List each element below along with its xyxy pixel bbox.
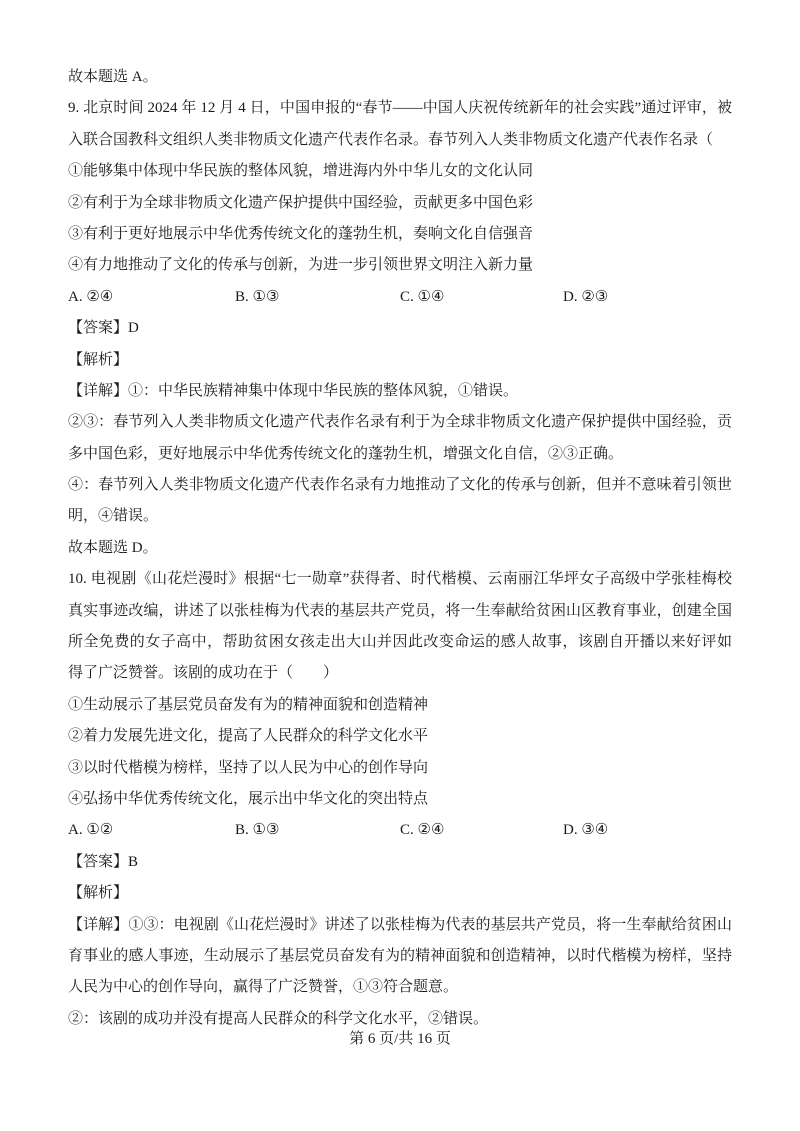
exam-document-page: 故本题选 A。9. 北京时间 2024 年 12 月 4 日，中国申报的“春节—… — [0, 0, 800, 1131]
q10-statement-2: ②着力发展先进文化，提高了人民群众的科学文化水平 — [68, 721, 732, 752]
q10-statement-1: ①生动展示了基层党员奋发有为的精神面貌和创造精神 — [68, 690, 732, 721]
q9-detail-line-4: ④：春节列入人类非物质文化遗产代表作名录有力地推动了文化的传承与创新，但并不意味… — [68, 470, 732, 501]
q10-stem-line-4: 得了广泛赞誉。该剧的成功在于（ ） — [68, 658, 732, 689]
q9-statement-3: ③有利于更好地展示中华优秀传统文化的蓬勃生机，奏响文化自信强音 — [68, 219, 732, 250]
q10-options-a: A. ①② — [68, 815, 113, 846]
q9-detail-line-5: 明，④错误。 — [68, 501, 732, 532]
q9-statement-1: ①能够集中体现中华民族的整体风貌，增进海内外中华儿女的文化认同 — [68, 156, 732, 187]
q10-stem-line-3: 所全免费的女子高中，帮助贫困女孩走出大山并因此改变命运的感人故事，该剧自开播以来… — [68, 627, 732, 658]
q9-options-a: A. ②④ — [68, 282, 113, 313]
q10-analysis-label: 【解析】 — [68, 878, 732, 909]
q9-answer: 【答案】D — [68, 313, 732, 344]
q9-analysis-label: 【解析】 — [68, 345, 732, 376]
q10-stem-line-1: 10. 电视剧《山花烂漫时》根据“七一勋章”获得者、时代楷模、云南丽江华坪女子高… — [68, 564, 732, 595]
q9-detail-line-2: ②③：春节列入人类非物质文化遗产代表作名录有利于为全球非物质文化遗产保护提供中国… — [68, 407, 732, 438]
q9-conclusion: 故本题选 D。 — [68, 533, 732, 564]
q9-statement-2: ②有利于为全球非物质文化遗产保护提供中国经验，贡献更多中国色彩 — [68, 188, 732, 219]
q10-statement-4: ④弘扬中华优秀传统文化，展示出中华文化的突出特点 — [68, 784, 732, 815]
q9-options-c: C. ①④ — [400, 282, 444, 313]
q9-options-b: B. ①③ — [235, 282, 279, 313]
q9-detail-line-3: 多中国色彩，更好地展示中华优秀传统文化的蓬勃生机，增强文化自信，②③正确。 — [68, 439, 732, 470]
q10-detail-line-2: 育事业的感人事迹，生动展示了基层党员奋发有为的精神面貌和创造精神，以时代楷模为榜… — [68, 941, 732, 972]
q9-statement-4: ④有力地推动了文化的传承与创新，为进一步引领世界文明注入新力量 — [68, 250, 732, 281]
q10-answer: 【答案】B — [68, 847, 732, 878]
q9-options: A. ②④B. ①③C. ①④D. ②③ — [68, 282, 732, 313]
q9-stem-line-1: 9. 北京时间 2024 年 12 月 4 日，中国申报的“春节——中国人庆祝传… — [68, 93, 732, 124]
q10-options-d: D. ③④ — [563, 815, 608, 846]
q10-options-b: B. ①③ — [235, 815, 279, 846]
q10-options-c: C. ②④ — [400, 815, 444, 846]
page-number: 第 6 页/共 16 页 — [349, 1031, 451, 1047]
q10-detail-line-1: 【详解】①③：电视剧《山花烂漫时》讲述了以张桂梅为代表的基层共产党员，将一生奉献… — [68, 910, 732, 941]
q8-conclusion: 故本题选 A。 — [68, 62, 732, 93]
q10-options: A. ①②B. ①③C. ②④D. ③④ — [68, 815, 732, 846]
document-body: 故本题选 A。9. 北京时间 2024 年 12 月 4 日，中国申报的“春节—… — [68, 62, 732, 1035]
q9-options-d: D. ②③ — [563, 282, 608, 313]
q9-detail-line-1: 【详解】①：中华民族精神集中体现中华民族的整体风貌，①错误。 — [68, 376, 732, 407]
q10-stem-line-2: 真实事迹改编，讲述了以张桂梅为代表的基层共产党员，将一生奉献给贫困山区教育事业，… — [68, 596, 732, 627]
q9-stem-line-2: 入联合国教科文组织人类非物质文化遗产代表作名录。春节列入人类非物质文化遗产代表作… — [68, 125, 732, 156]
q10-statement-3: ③以时代楷模为榜样，坚持了以人民为中心的创作导向 — [68, 753, 732, 784]
q10-detail-line-3: 人民为中心的创作导向，赢得了广泛赞誉，①③符合题意。 — [68, 972, 732, 1003]
page-footer: 第 6 页/共 16 页 — [0, 1030, 800, 1048]
